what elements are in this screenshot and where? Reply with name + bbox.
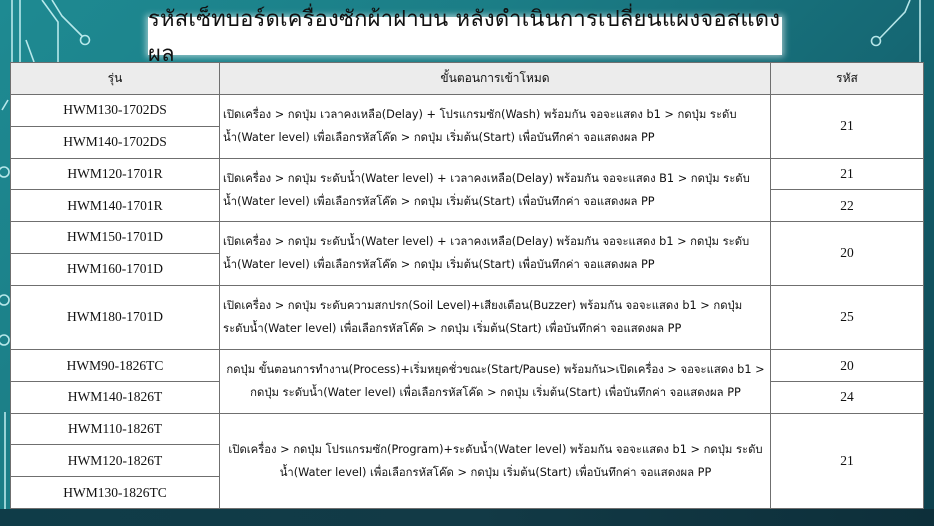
model-cell: HWM130-1702DS — [11, 95, 220, 127]
model-cell: HWM90-1826TC — [11, 350, 220, 382]
model-cell: HWM120-1701R — [11, 158, 220, 190]
steps-cell: กดปุ่ม ขั้นตอนการทำงาน(Process)+เริ่มหยุ… — [220, 350, 771, 414]
model-cell: HWM160-1701D — [11, 253, 220, 285]
table-row: HWM130-1702DSเปิดเครื่อง > กดปุ่ม เวลาคง… — [11, 95, 924, 127]
code-cell: 21 — [771, 413, 924, 508]
code-cell: 22 — [771, 190, 924, 222]
table-row: HWM120-1701Rเปิดเครื่อง > กดปุ่ม ระดับน้… — [11, 158, 924, 190]
board-code-table: รุ่น ขั้นตอนการเข้าโหมด รหัส HWM130-1702… — [10, 62, 923, 509]
code-cell: 20 — [771, 222, 924, 286]
steps-cell: เปิดเครื่อง > กดปุ่ม ระดับความสกปรก(Soil… — [220, 285, 771, 350]
codes-table: รุ่น ขั้นตอนการเข้าโหมด รหัส HWM130-1702… — [10, 62, 924, 509]
steps-cell: เปิดเครื่อง > กดปุ่ม โปรแกรมซัก(Program)… — [220, 413, 771, 508]
steps-cell: เปิดเครื่อง > กดปุ่ม เวลาคงเหลือ(Delay) … — [220, 95, 771, 159]
table-row: HWM90-1826TCกดปุ่ม ขั้นตอนการทำงาน(Proce… — [11, 350, 924, 382]
header-steps: ขั้นตอนการเข้าโหมด — [220, 63, 771, 95]
code-cell: 24 — [771, 381, 924, 413]
table-row: HWM150-1701Dเปิดเครื่อง > กดปุ่ม ระดับน้… — [11, 222, 924, 254]
page-title: รหัสเซ็ทบอร์ดเครื่องซักผ้าฝาบน หลังดำเนิ… — [148, 17, 782, 55]
model-cell: HWM150-1701D — [11, 222, 220, 254]
model-cell: HWM110-1826T — [11, 413, 220, 445]
header-code: รหัส — [771, 63, 924, 95]
model-cell: HWM180-1701D — [11, 285, 220, 350]
model-cell: HWM140-1701R — [11, 190, 220, 222]
table-body: HWM130-1702DSเปิดเครื่อง > กดปุ่ม เวลาคง… — [11, 95, 924, 509]
code-cell: 25 — [771, 285, 924, 350]
steps-cell: เปิดเครื่อง > กดปุ่ม ระดับน้ำ(Water leve… — [220, 158, 771, 222]
model-cell: HWM140-1702DS — [11, 126, 220, 158]
table-header-row: รุ่น ขั้นตอนการเข้าโหมด รหัส — [11, 63, 924, 95]
model-cell: HWM120-1826T — [11, 445, 220, 477]
code-cell: 21 — [771, 95, 924, 159]
header-model: รุ่น — [11, 63, 220, 95]
footer-bar — [0, 509, 934, 526]
model-cell: HWM130-1826TC — [11, 477, 220, 509]
model-cell: HWM140-1826T — [11, 381, 220, 413]
steps-cell: เปิดเครื่อง > กดปุ่ม ระดับน้ำ(Water leve… — [220, 222, 771, 286]
code-cell: 20 — [771, 350, 924, 382]
table-row: HWM180-1701Dเปิดเครื่อง > กดปุ่ม ระดับคว… — [11, 285, 924, 350]
table-row: HWM110-1826Tเปิดเครื่อง > กดปุ่ม โปรแกรม… — [11, 413, 924, 445]
code-cell: 21 — [771, 158, 924, 190]
